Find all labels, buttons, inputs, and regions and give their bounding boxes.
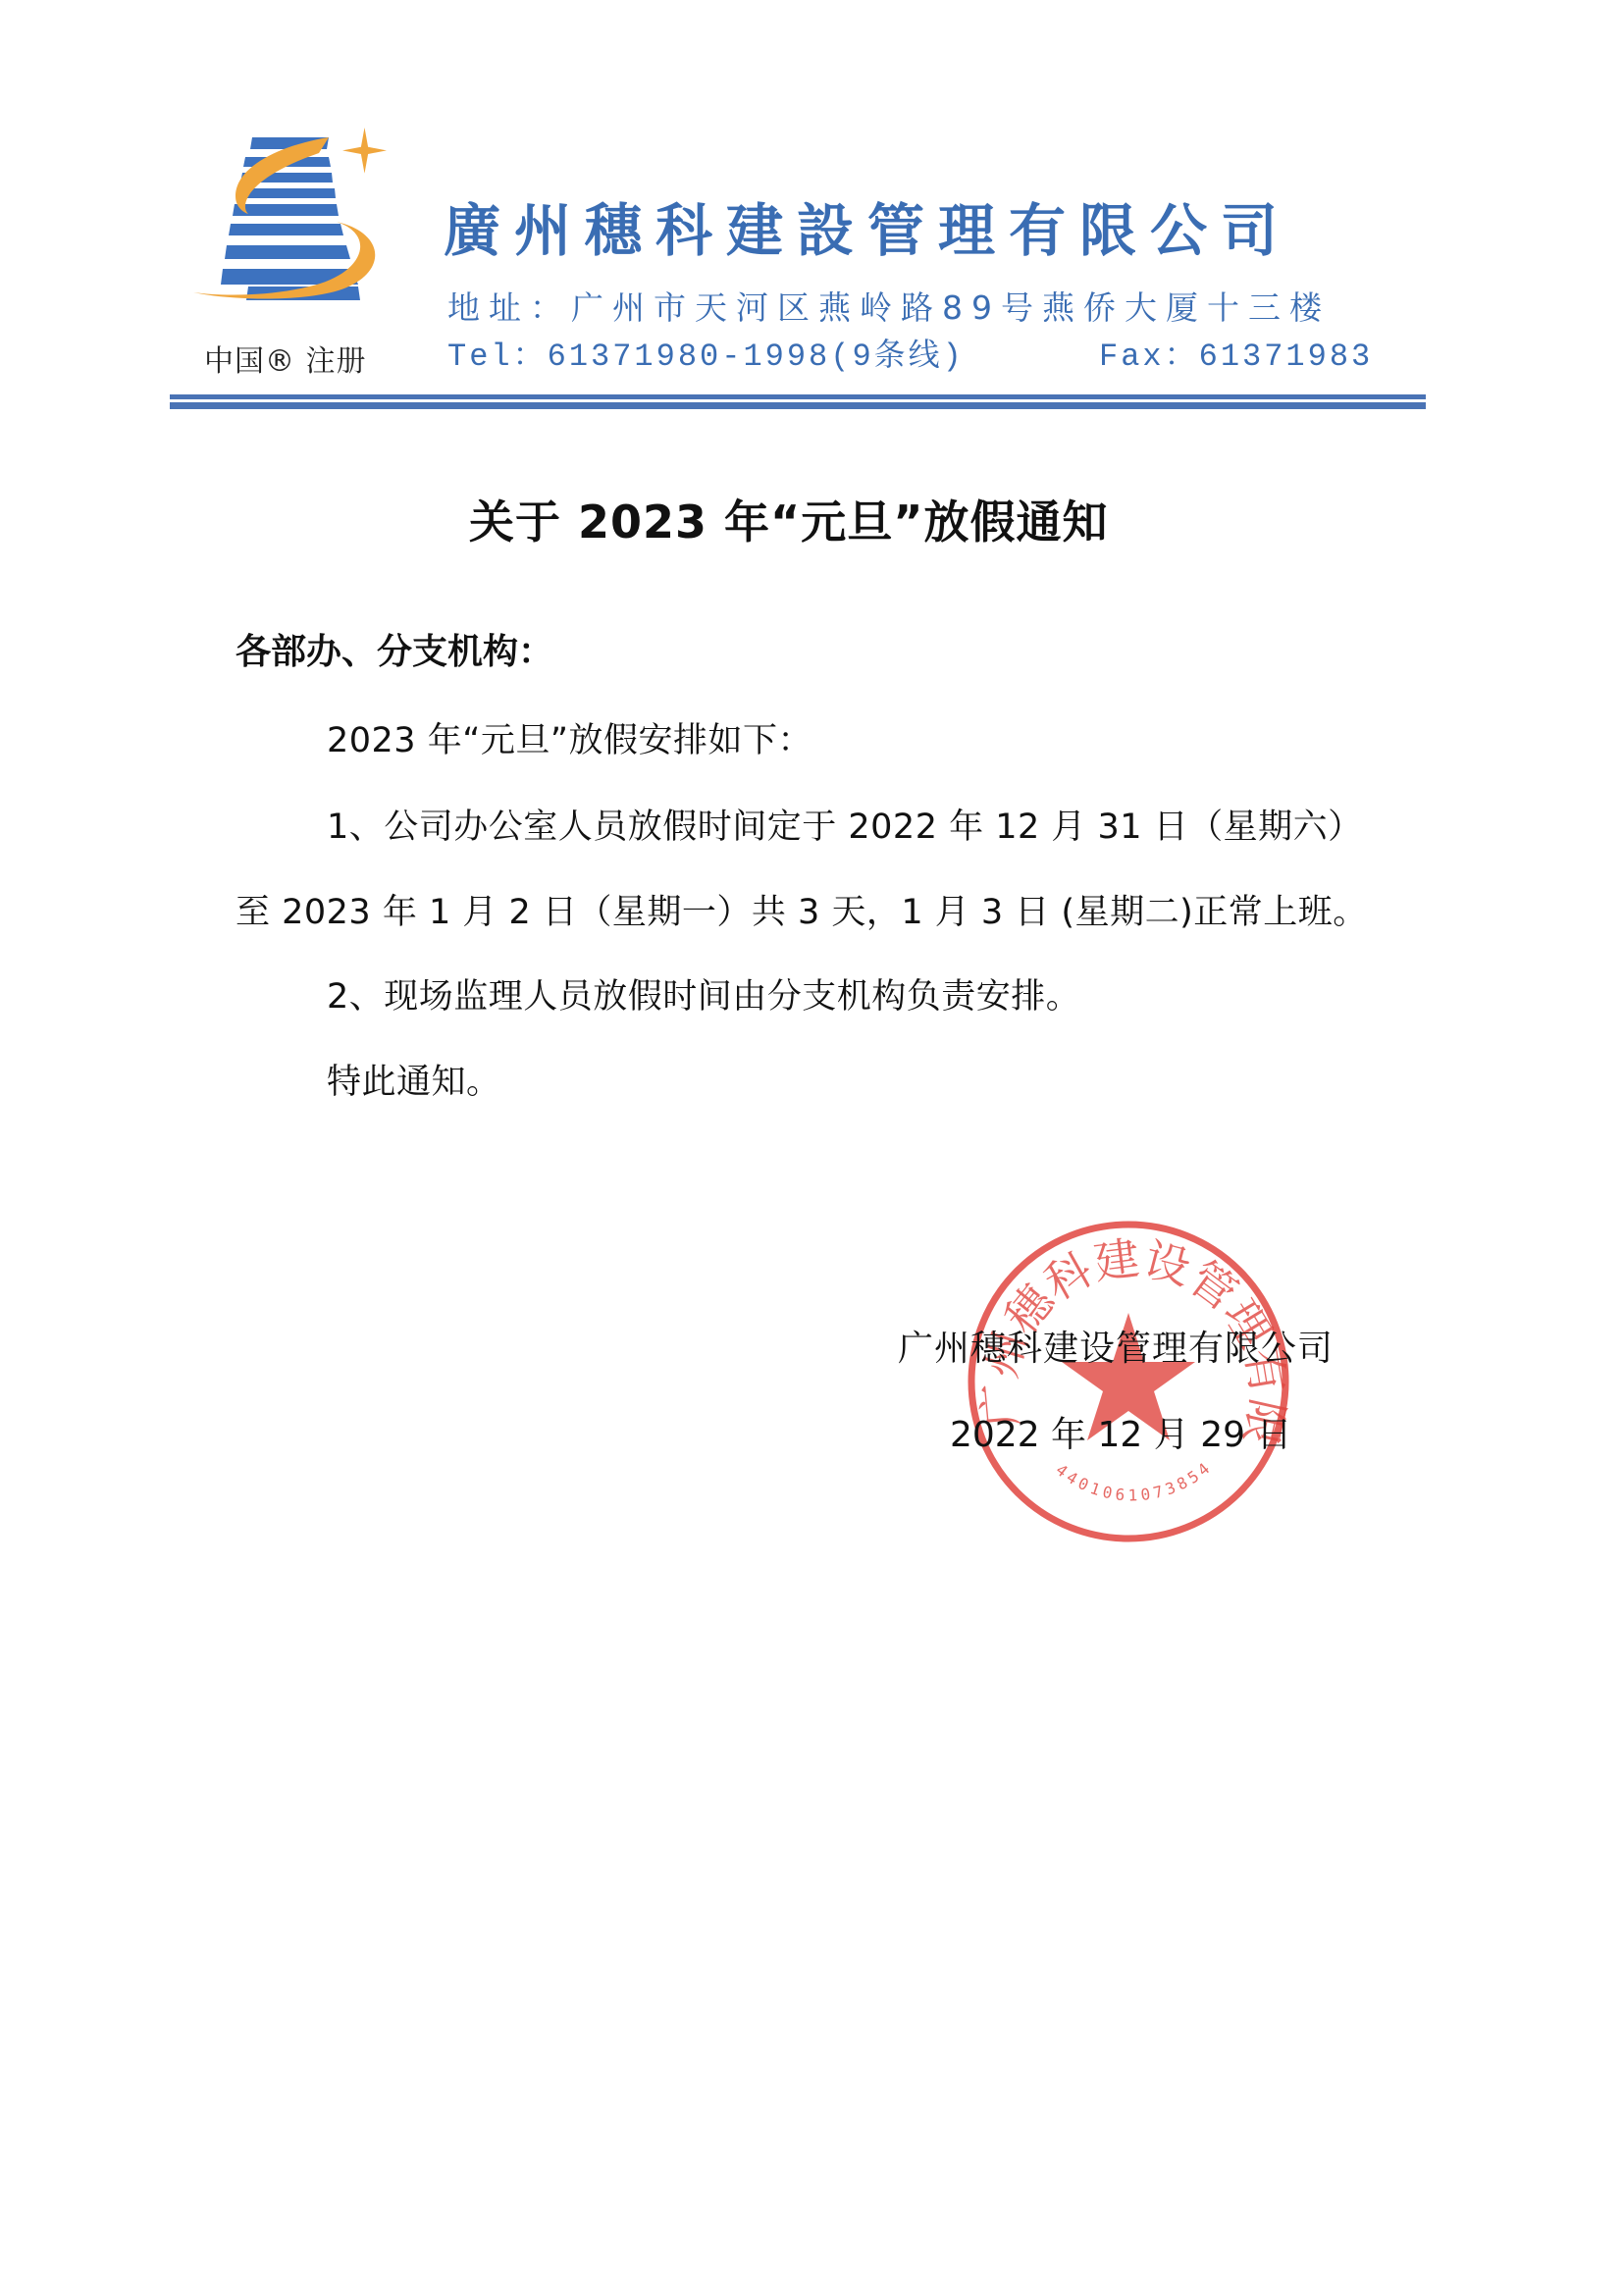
header-divider-thick [170,402,1426,409]
company-tel: Tel：61371980-1998(9条线) [447,330,965,375]
signature-date: 2022 年 12 月 29 日 [950,1407,1291,1457]
svg-text:4401061073854: 4401061073854 [1052,1457,1216,1505]
paragraph-closing: 特此通知。 [327,1055,501,1104]
company-address: 地址：广州市天河区燕岭路89号燕侨大厦十三楼 [447,283,1331,329]
registration-mark: 中国® 注册 [204,337,367,380]
salutation: 各部办、分支机构： [236,624,553,674]
paragraph-item-1-cont: 至 2023 年 1 月 2 日（星期一）共 3 天，1 月 3 日 (星期二)… [236,885,1368,934]
paragraph-item-1: 1、公司办公室人员放假时间定于 2022 年 12 月 31 日（星期六） [327,800,1363,849]
seal-number: 4401061073854 [1052,1457,1216,1505]
company-name-header: 廣州穗科建設管理有限公司 [444,184,1291,267]
document-title: 关于 2023 年“元旦”放假通知 [469,487,1109,551]
company-logo-icon [191,128,427,334]
paragraph-intro: 2023 年“元旦”放假安排如下： [327,713,812,762]
header-divider-thin [170,394,1426,399]
paragraph-item-2: 2、现场监理人员放假时间由分支机构负责安排。 [327,969,1080,1018]
company-fax: Fax：61371983 [1099,330,1373,375]
signature-company: 广州穗科建设管理有限公司 [898,1321,1334,1371]
official-seal-icon: 广州穗科建设管理有限公司 4401061073854 [962,1215,1295,1548]
